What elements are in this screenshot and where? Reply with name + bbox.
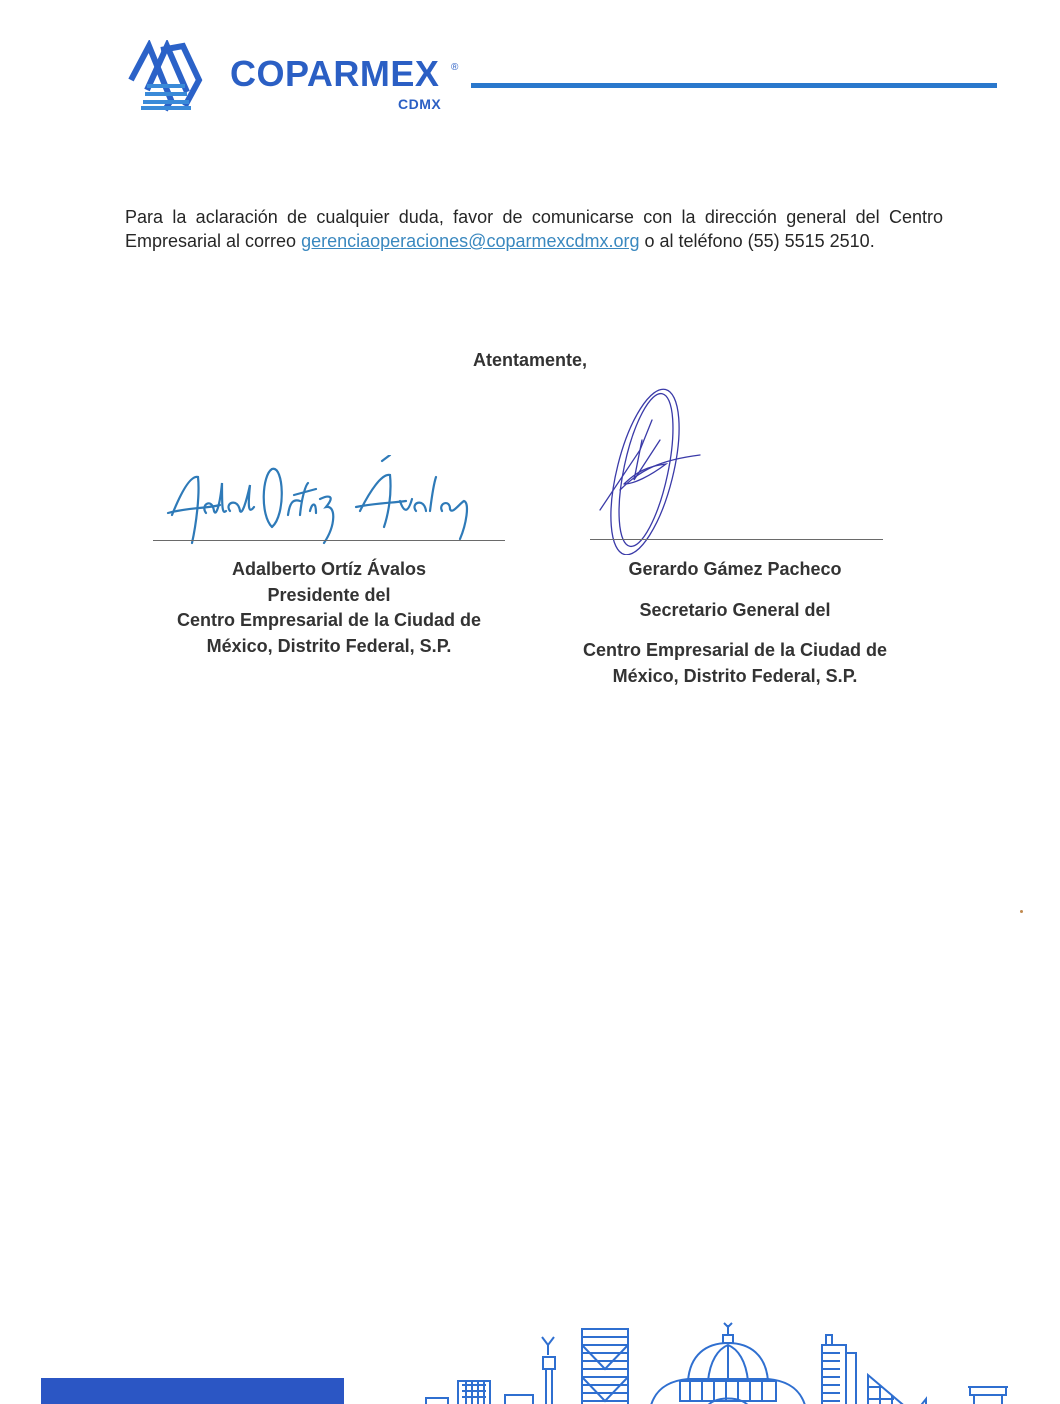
footer-band	[41, 1378, 344, 1404]
signature-2-icon	[590, 380, 720, 555]
signer-org-line-2: México, Distrito Federal, S.P.	[140, 634, 518, 660]
signature-1-icon	[160, 455, 500, 545]
signature-line-2	[590, 539, 883, 540]
registered-mark: ®	[451, 62, 458, 73]
signer-org-line-1: Centro Empresarial de la Ciudad de	[545, 638, 925, 664]
signer-org-line-1: Centro Empresarial de la Ciudad de	[140, 608, 518, 634]
header-rule	[471, 83, 997, 88]
signer-name: Adalberto Ortíz Ávalos	[140, 557, 518, 583]
coparmex-logo-icon	[125, 40, 205, 112]
signer-title: Presidente del	[140, 583, 518, 609]
signature-line-1	[153, 540, 505, 541]
brand-subtitle: CDMX	[398, 96, 441, 112]
contact-paragraph: Para la aclaración de cualquier duda, fa…	[125, 205, 943, 253]
signer-block-secretary: Gerardo Gámez Pacheco Secretario General…	[545, 557, 925, 689]
contact-email-link[interactable]: gerenciaoperaciones@coparmexcdmx.org	[301, 231, 639, 251]
signer-block-president: Adalberto Ortíz Ávalos Presidente del Ce…	[140, 557, 518, 659]
signer-name: Gerardo Gámez Pacheco	[545, 557, 925, 583]
closing-salutation: Atentamente,	[0, 350, 1060, 371]
brand-name: COPARMEX	[230, 54, 439, 94]
signer-title: Secretario General del	[545, 598, 925, 624]
mexico-city-skyline-icon	[410, 1315, 1030, 1404]
paragraph-text-end: o al teléfono (55) 5515 2510.	[640, 231, 875, 251]
scan-artifact-dot	[1020, 910, 1023, 913]
signer-org-line-2: México, Distrito Federal, S.P.	[545, 664, 925, 690]
